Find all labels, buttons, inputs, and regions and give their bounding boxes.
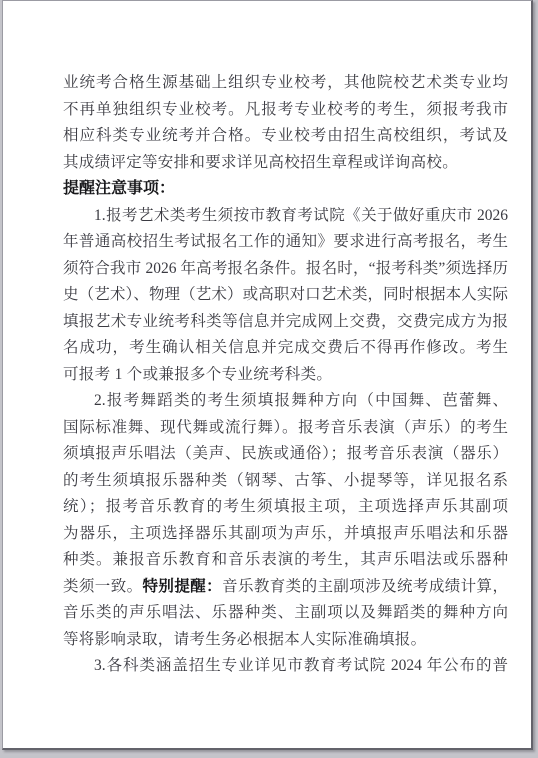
section-heading: 提醒注意事项： bbox=[63, 176, 508, 203]
text-line: 不再单独组织专业校考。凡报考专业校考的考生，须报考我市 bbox=[63, 97, 508, 124]
text-line: 名成功，考生确认相关信息并完成交费后不得再作修改。考生 bbox=[63, 335, 508, 362]
text-line: 须填报声乐唱法（美声、民族或通俗）；报考音乐表演（器乐） bbox=[63, 441, 508, 468]
text-line: 1.报考艺术类考生须按市教育考试院《关于做好重庆市 2026 bbox=[63, 203, 508, 230]
text-line: 年普通高校招生考试报名工作的通知》要求进行高考报名，考生 bbox=[63, 229, 508, 256]
text-line: 为器乐，主项选择器乐其副项为声乐，并填报声乐唱法和乐器 bbox=[63, 521, 508, 548]
text-segment: 类须一致。 bbox=[63, 578, 143, 595]
text-line: 史（艺术）、物理（艺术）或高职对口艺术类，同时根据本人实际 bbox=[63, 282, 508, 309]
text-line: 国际标准舞、现代舞或流行舞）。报考音乐表演（声乐）的考生 bbox=[63, 415, 508, 442]
text-line: 3.各科类涵盖招生专业详见市教育考试院 2024 年公布的普 bbox=[63, 653, 508, 680]
text-line: 相应科类专业统考并合格。专业校考由招生高校组织，考试及 bbox=[63, 123, 508, 150]
text-segment: 音乐教育类的主副项涉及统考成绩计算， bbox=[222, 578, 508, 595]
text-line: 音乐类的声乐唱法、乐器种类、主副项以及舞蹈类的舞种方向 bbox=[63, 600, 508, 627]
text-line: 统）；报考音乐教育的考生须填报主项，主项选择声乐其副项 bbox=[63, 494, 508, 521]
text-line: 须符合我市 2026 年高考报名条件。报名时，“报考科类”须选择历 bbox=[63, 256, 508, 283]
document-page: 业统考合格生源基础上组织专业校考，其他院校艺术类专业均 不再单独组织专业校考。凡… bbox=[2, 0, 533, 750]
text-line-with-emphasis: 类须一致。特别提醒：音乐教育类的主副项涉及统考成绩计算， bbox=[63, 574, 508, 601]
special-reminder-label: 特别提醒： bbox=[143, 578, 223, 595]
text-line: 业统考合格生源基础上组织专业校考，其他院校艺术类专业均 bbox=[63, 70, 508, 97]
text-line: 等将影响录取，请考生务必根据本人实际准确填报。 bbox=[63, 627, 508, 654]
text-line: 种类。兼报音乐教育和音乐表演的考生，其声乐唱法或乐器种 bbox=[63, 547, 508, 574]
text-line: 可报考 1 个或兼报多个专业统考科类。 bbox=[63, 362, 508, 389]
text-line: 填报艺术专业统考科类等信息并完成网上交费，交费完成方为报 bbox=[63, 309, 508, 336]
text-line: 其成绩评定等安排和要求详见高校招生章程或详询高校。 bbox=[63, 150, 508, 177]
page-content: 业统考合格生源基础上组织专业校考，其他院校艺术类专业均 不再单独组织专业校考。凡… bbox=[63, 70, 508, 680]
text-line: 2.报考舞蹈类的考生须填报舞种方向（中国舞、芭蕾舞、 bbox=[63, 388, 508, 415]
text-line: 的考生须填报乐器种类（钢琴、古筝、小提琴等，详见报名系 bbox=[63, 468, 508, 495]
